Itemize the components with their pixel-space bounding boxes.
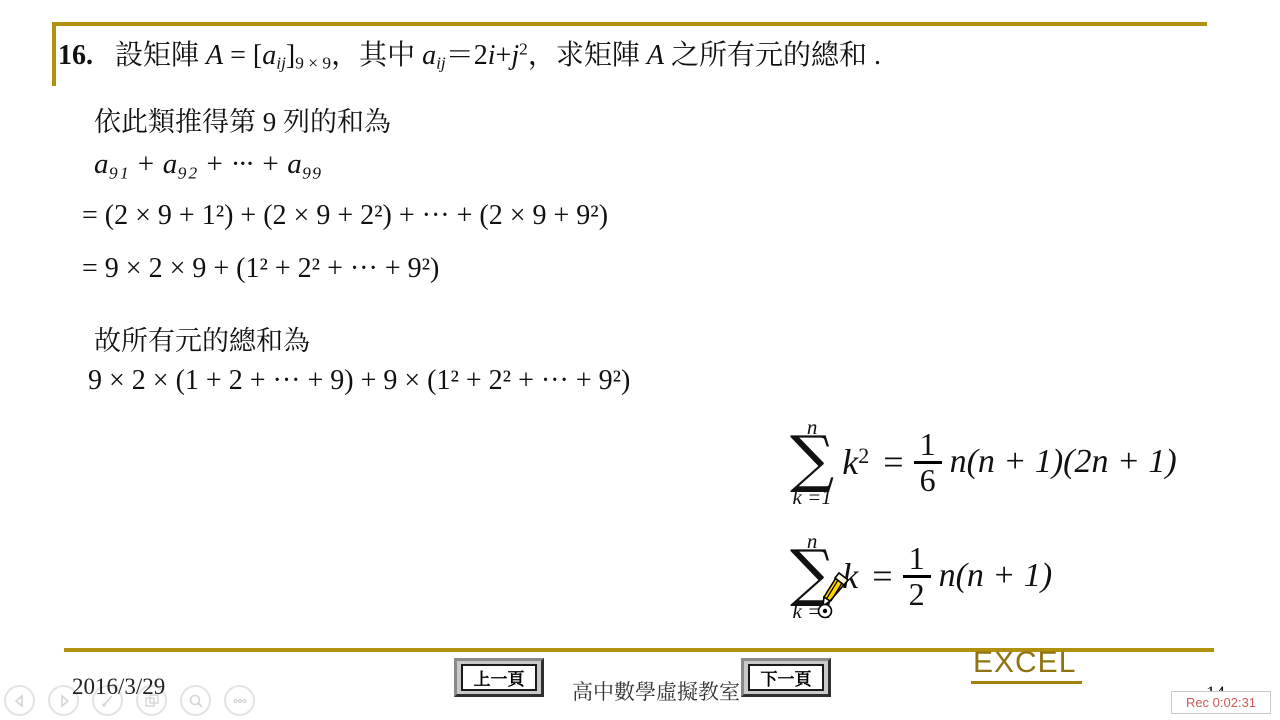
excel-link[interactable]: EXCEL — [971, 646, 1082, 684]
previous-page-button[interactable]: 上一頁 — [454, 658, 544, 697]
previous-page-button-label: 上一頁 — [461, 664, 537, 691]
solution-line-6: 9 × 2 × (1 + 2 + ··· + 9) + 9 × (1² + 2²… — [88, 365, 630, 397]
slide-date: 2016/3/29 — [72, 674, 165, 700]
fraction: 1 2 — [903, 542, 931, 612]
zoom-icon[interactable] — [180, 685, 211, 716]
classroom-label: 高中數學虛擬教室 — [572, 676, 740, 706]
fraction: 1 6 — [914, 428, 942, 498]
solution-line-4: = 9 × 2 × 9 + (1² + 2² + ··· + 9²) — [82, 253, 439, 285]
sigma-notation: n ∑ k =1 — [790, 417, 834, 508]
problem-number: 16. — [58, 40, 93, 71]
more-options-icon[interactable] — [224, 685, 255, 716]
title-left-border — [52, 22, 56, 86]
sum-of-squares-formula: n ∑ k =1 k2 = 1 6 n(n + 1)(2n + 1) — [790, 417, 1177, 508]
sigma-icon: ∑ — [790, 434, 834, 485]
next-page-button[interactable]: 下一頁 — [741, 658, 831, 697]
solution-line-2: a₉₁ + a₉₂ + ··· + a₉₉ — [94, 148, 322, 181]
previous-slide-icon[interactable] — [4, 685, 35, 716]
solution-line-5: 故所有元的總和為 — [94, 319, 310, 358]
recording-timer-badge: Rec 0:02:31 — [1171, 691, 1271, 714]
top-divider-line — [52, 22, 1207, 26]
problem-title: 16.設矩陣 A = [aij]9 × 9，其中 aij＝2i+j2，求矩陣 A… — [58, 38, 1208, 75]
solution-line-1: 依此類推得第 9 列的和為 — [94, 100, 391, 139]
slide: 16.設矩陣 A = [aij]9 × 9，其中 aij＝2i+j2，求矩陣 A… — [0, 0, 1280, 720]
next-page-button-label: 下一頁 — [748, 664, 824, 691]
solution-line-3: = (2 × 9 + 1²) + (2 × 9 + 2²) + ··· + (2… — [82, 200, 608, 232]
pen-cursor-icon — [810, 570, 854, 625]
